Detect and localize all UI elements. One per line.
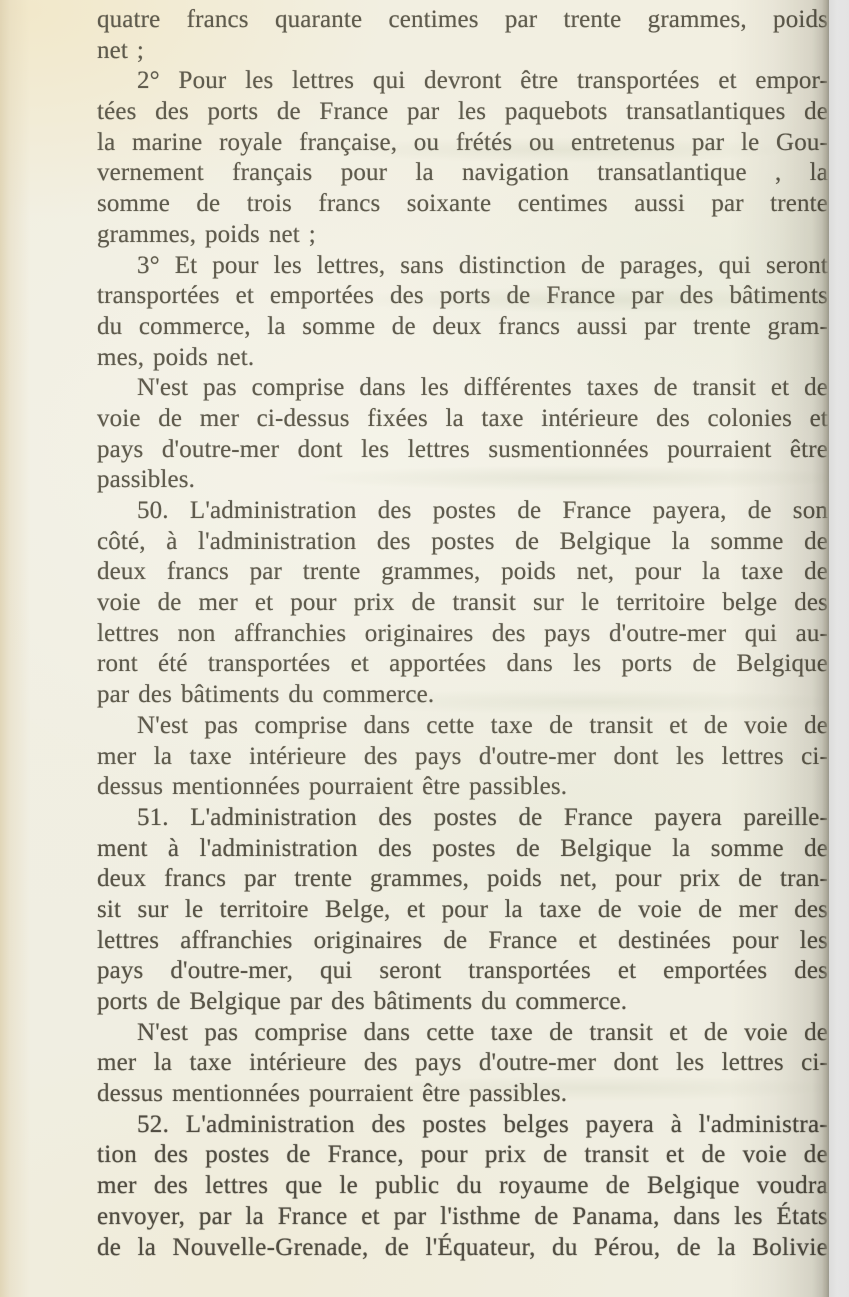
- text-line: lettres affranchies originaires de Franc…: [97, 926, 828, 957]
- text-line: de la Nouvelle-Grenade, de l'Équateur, d…: [97, 1233, 828, 1264]
- text-line: mer la taxe intérieure des pays d'outre-…: [97, 742, 828, 773]
- text-line: du commerce, la somme de deux francs aus…: [97, 312, 828, 343]
- text-line: ment à l'administration des postes de Be…: [97, 834, 828, 865]
- scanner-background-strip: [829, 0, 849, 1297]
- text-line: ront été transportées et apportées dans …: [97, 649, 828, 680]
- text-line: deux francs par trente grammes, poids ne…: [97, 864, 828, 895]
- text-line: 3° Et pour les lettres, sans distinction…: [97, 251, 828, 282]
- text-line: ports de Belgique par des bâtiments du c…: [97, 987, 828, 1018]
- text-line: 2° Pour les lettres qui devront être tra…: [97, 66, 828, 97]
- text-line: vernement français pour la navigation tr…: [97, 158, 828, 189]
- text-line: côté, à l'administration des postes de B…: [97, 527, 828, 558]
- text-line: grammes, poids net ;: [97, 220, 828, 251]
- text-line: mes, poids net.: [97, 343, 828, 374]
- text-line: quatre francs quarante centimes par tren…: [97, 5, 828, 36]
- text-line: 50. L'administration des postes de Franc…: [97, 496, 828, 527]
- text-line: N'est pas comprise dans cette taxe de tr…: [97, 1018, 828, 1049]
- text-line: lettres non affranchies originaires des …: [97, 619, 828, 650]
- text-line: par des bâtiments du commerce.: [97, 680, 828, 711]
- page-left-edge-shading: [0, 0, 30, 1297]
- text-line: somme de trois francs soixante centimes …: [97, 189, 828, 220]
- text-line: 52. L'administration des postes belges p…: [97, 1110, 828, 1141]
- text-line: sit sur le territoire Belge, et pour la …: [97, 895, 828, 926]
- body-text-block: quatre francs quarante centimes par tren…: [97, 5, 828, 1263]
- text-line: N'est pas comprise dans cette taxe de tr…: [97, 711, 828, 742]
- text-line: net ;: [97, 36, 828, 67]
- text-line: la marine royale française, ou frétés ou…: [97, 128, 828, 159]
- text-line: deux francs par trente grammes, poids ne…: [97, 557, 828, 588]
- text-line: dessus mentionnées pourraient être passi…: [97, 1079, 828, 1110]
- text-line: pays d'outre-mer, qui seront transportée…: [97, 956, 828, 987]
- text-line: dessus mentionnées pourraient être passi…: [97, 772, 828, 803]
- text-line: pays d'outre-mer dont les lettres susmen…: [97, 435, 828, 466]
- text-line: transportées et emportées des ports de F…: [97, 281, 828, 312]
- scanned-page: quatre francs quarante centimes par tren…: [0, 0, 829, 1297]
- text-line: passibles.: [97, 465, 828, 496]
- text-line: mer la taxe intérieure des pays d'outre-…: [97, 1048, 828, 1079]
- text-line: voie de mer et pour prix de transit sur …: [97, 588, 828, 619]
- text-line: mer des lettres que le public du royaume…: [97, 1171, 828, 1202]
- text-line: N'est pas comprise dans les différentes …: [97, 373, 828, 404]
- text-line: tées des ports de France par les paquebo…: [97, 97, 828, 128]
- text-line: envoyer, par la France et par l'isthme d…: [97, 1202, 828, 1233]
- text-line: voie de mer ci-dessus fixées la taxe int…: [97, 404, 828, 435]
- text-line: 51. L'administration des postes de Franc…: [97, 803, 828, 834]
- text-line: tion des postes de France, pour prix de …: [97, 1140, 828, 1171]
